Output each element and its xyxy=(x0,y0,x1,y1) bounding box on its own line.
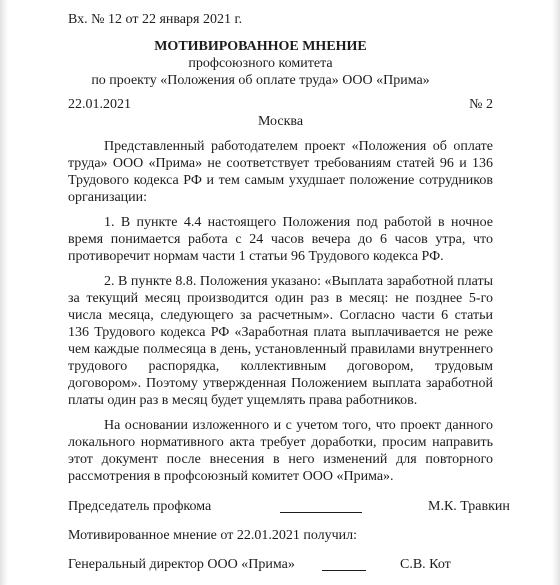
page-left-edge-shadow xyxy=(0,0,8,585)
paragraph-conclusion: На основании изложенного и с учетом того… xyxy=(68,417,493,485)
title-block: МОТИВИРОВАННОЕ МНЕНИЕ профсоюзного комит… xyxy=(48,38,473,89)
document-body: Вх. № 12 от 22 января 2021 г. МОТИВИРОВА… xyxy=(68,11,493,573)
signature-name-director: С.В. Кот xyxy=(400,556,451,573)
signature-role-director: Генеральный директор ООО «Прима» xyxy=(68,556,295,573)
document-date: 22.01.2021 xyxy=(68,96,131,113)
signature-row-director: Генеральный директор ООО «Прима» С.В. Ко… xyxy=(68,556,493,573)
date-number-row: 22.01.2021 № 2 xyxy=(68,96,493,113)
signature-row-chairman: Председатель профкома М.К. Травкин xyxy=(68,498,493,515)
page-right-edge-shadow xyxy=(552,0,560,585)
document-title: МОТИВИРОВАННОЕ МНЕНИЕ xyxy=(48,38,473,55)
registration-line: Вх. № 12 от 22 января 2021 г. xyxy=(68,11,493,28)
signature-role-chairman: Председатель профкома xyxy=(68,498,211,515)
subtitle-project: по проекту «Положения об оплате труда» О… xyxy=(48,72,473,89)
document-number: № 2 xyxy=(469,96,493,113)
subtitle-committee: профсоюзного комитета xyxy=(48,55,473,72)
paragraph-point-2: 2. В пункте 8.8. Положения указано: «Вып… xyxy=(68,273,493,409)
paragraph-intro: Представленный работодателем проект «Пол… xyxy=(68,138,493,206)
signature-blank-line xyxy=(322,570,366,571)
received-line: Мотивированное мнение от 22.01.2021 полу… xyxy=(68,527,493,544)
signature-blank-line xyxy=(280,512,362,513)
document-page: { "doc": { "reg_line": "Вх. № 12 от 22 я… xyxy=(0,0,560,585)
city-line: Москва xyxy=(68,113,493,130)
signature-name-chairman: М.К. Травкин xyxy=(428,498,510,515)
paragraph-point-1: 1. В пункте 4.4 настоящего Положения под… xyxy=(68,214,493,265)
